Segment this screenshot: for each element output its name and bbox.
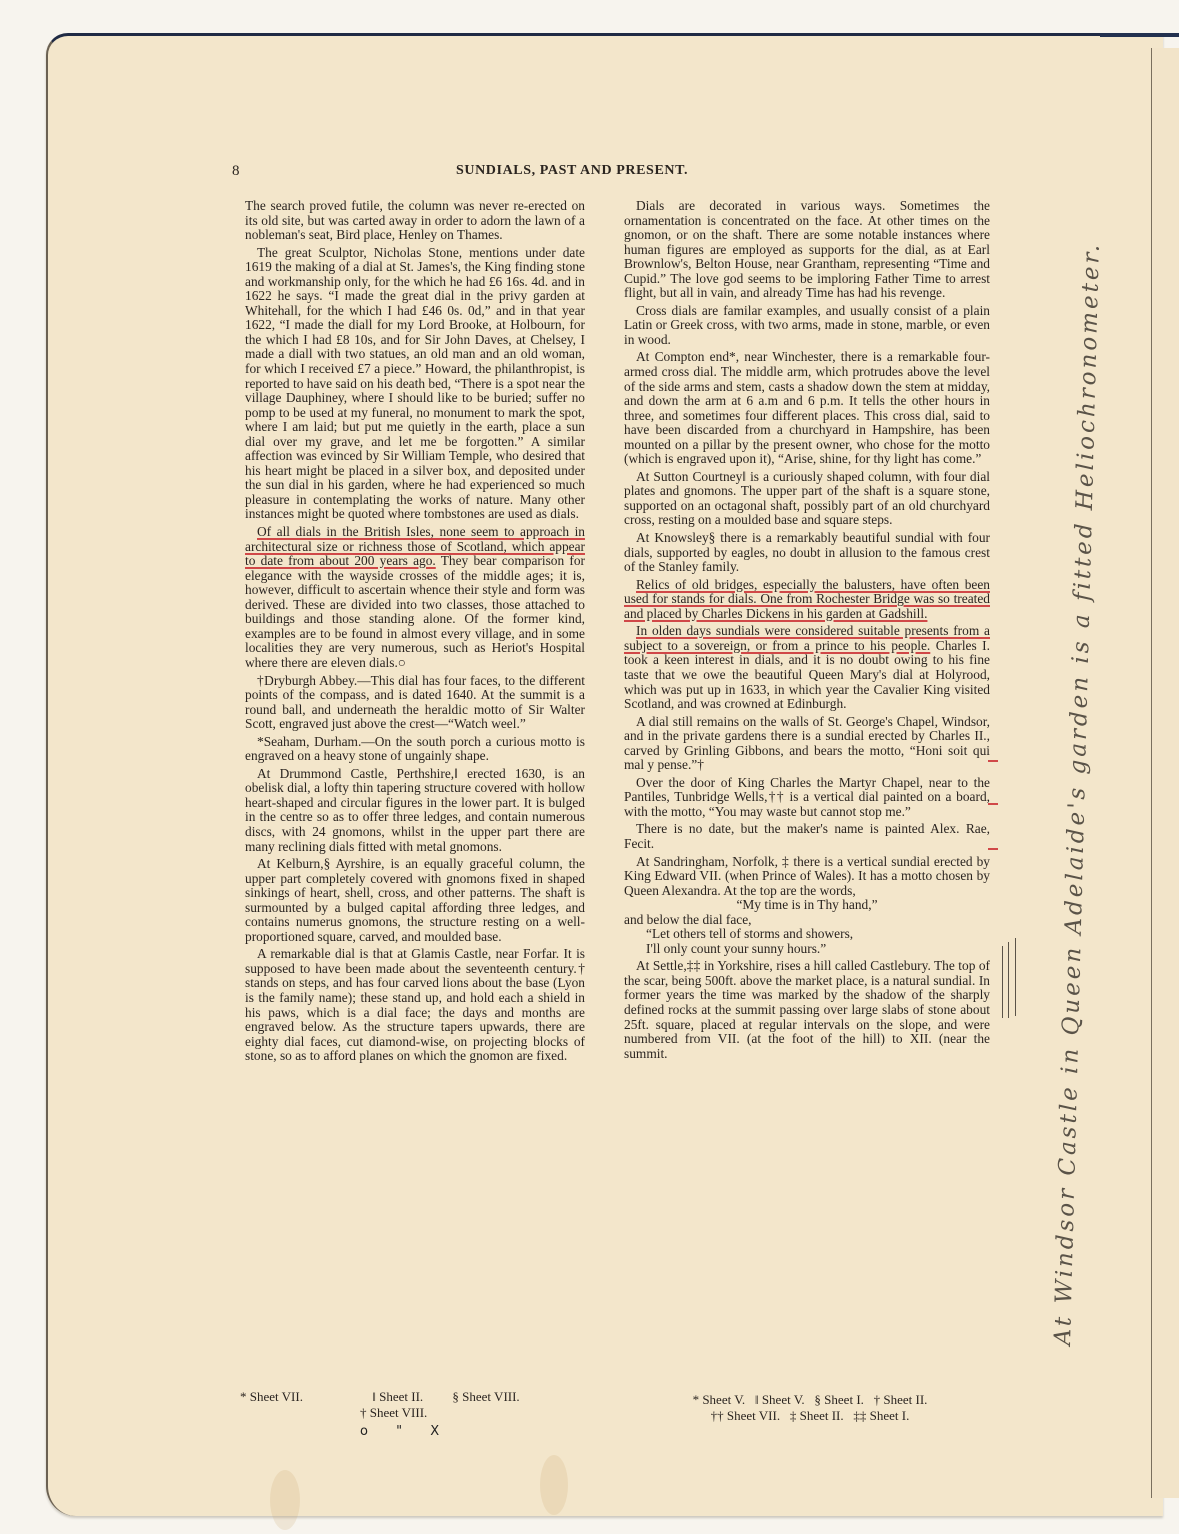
motto-top: “My time is in Thy hand,” (624, 898, 990, 913)
next-page-edge (1151, 48, 1179, 1498)
margin-triple-bar (1000, 938, 1020, 1018)
paragraph: Relics of old bridges, especially the ba… (624, 578, 990, 622)
paragraph-text: They bear comparison for elegance with t… (245, 553, 585, 670)
paragraph: At Settle,‡‡ in Yorkshire, rises a hill … (624, 959, 990, 1061)
paragraph: At Sutton Courtney‖ is a curiously shape… (624, 470, 990, 528)
motto-intro: and below the dial face, (624, 913, 990, 928)
paragraph: Over the door of King Charles the Martyr… (624, 776, 990, 820)
paragraph: The search proved futile, the column was… (245, 199, 585, 243)
paragraph: At Compton end*, near Winchester, there … (624, 350, 990, 466)
paragraph: There is no date, but the maker's name i… (624, 822, 990, 851)
paragraph: At Kelburn,§ Ayrshire, is an equally gra… (245, 857, 585, 944)
paragraph: A remarkable dial is that at Glamis Cast… (245, 947, 585, 1063)
paragraph: At Knowsley§ there is a remarkably beaut… (624, 531, 990, 575)
footnote: ‖ Sheet II. (372, 1389, 423, 1404)
verse-line: “Let others tell of storms and showers, (646, 927, 990, 942)
footnote: †† Sheet VII. ‡ Sheet II. ‡‡ Sheet I. (630, 1408, 990, 1424)
pencil-marks: o " X (360, 1424, 451, 1439)
right-footnotes: * Sheet V. ‖ Sheet V. § Sheet I. † Sheet… (630, 1392, 990, 1424)
right-column: Dials are decorated in various ways. Som… (624, 199, 990, 1064)
footnote: * Sheet V. ‖ Sheet V. § Sheet I. † Sheet… (630, 1392, 990, 1408)
paragraph: The great Sculptor, Nicholas Stone, ment… (245, 246, 585, 522)
paper-stain (270, 1470, 300, 1530)
page-number: 8 (232, 163, 240, 180)
page-header: 8 SUNDIALS, PAST AND PRESENT. (232, 163, 992, 185)
footnote: § Sheet VIII. (452, 1389, 519, 1404)
footnote: * Sheet VII. (240, 1389, 303, 1404)
paragraph: Of all dials in the British Isles, none … (245, 525, 585, 670)
paragraph: †Dryburgh Abbey.—This dial has four face… (245, 674, 585, 732)
left-column: The search proved futile, the column was… (245, 199, 585, 1067)
left-footnotes: * Sheet VII. ‖ Sheet II. § Sheet VIII. †… (240, 1389, 600, 1421)
verse-line: I'll only count your sunny hours.” (646, 942, 990, 957)
book-page (46, 33, 1163, 1516)
paragraph: A dial still remains on the walls of St.… (624, 715, 990, 773)
paragraph: Dials are decorated in various ways. Som… (624, 199, 990, 301)
paragraph: Cross dials are familar examples, and us… (624, 304, 990, 348)
paragraph: *Seaham, Durham.—On the south porch a cu… (245, 735, 585, 764)
underlined-passage: Relics of old bridges, especially the ba… (624, 577, 990, 621)
paper-stain (540, 1455, 568, 1515)
footnote: † Sheet VIII. (240, 1405, 600, 1421)
paragraph: At Sandringham, Norfolk, ‡ there is a ve… (624, 855, 990, 899)
running-title: SUNDIALS, PAST AND PRESENT. (456, 163, 688, 179)
paragraph: At Drummond Castle, Perthshire,‖ erected… (245, 767, 585, 854)
scan-edge (1100, 33, 1179, 37)
paragraph: In olden days sundials were considered s… (624, 624, 990, 711)
